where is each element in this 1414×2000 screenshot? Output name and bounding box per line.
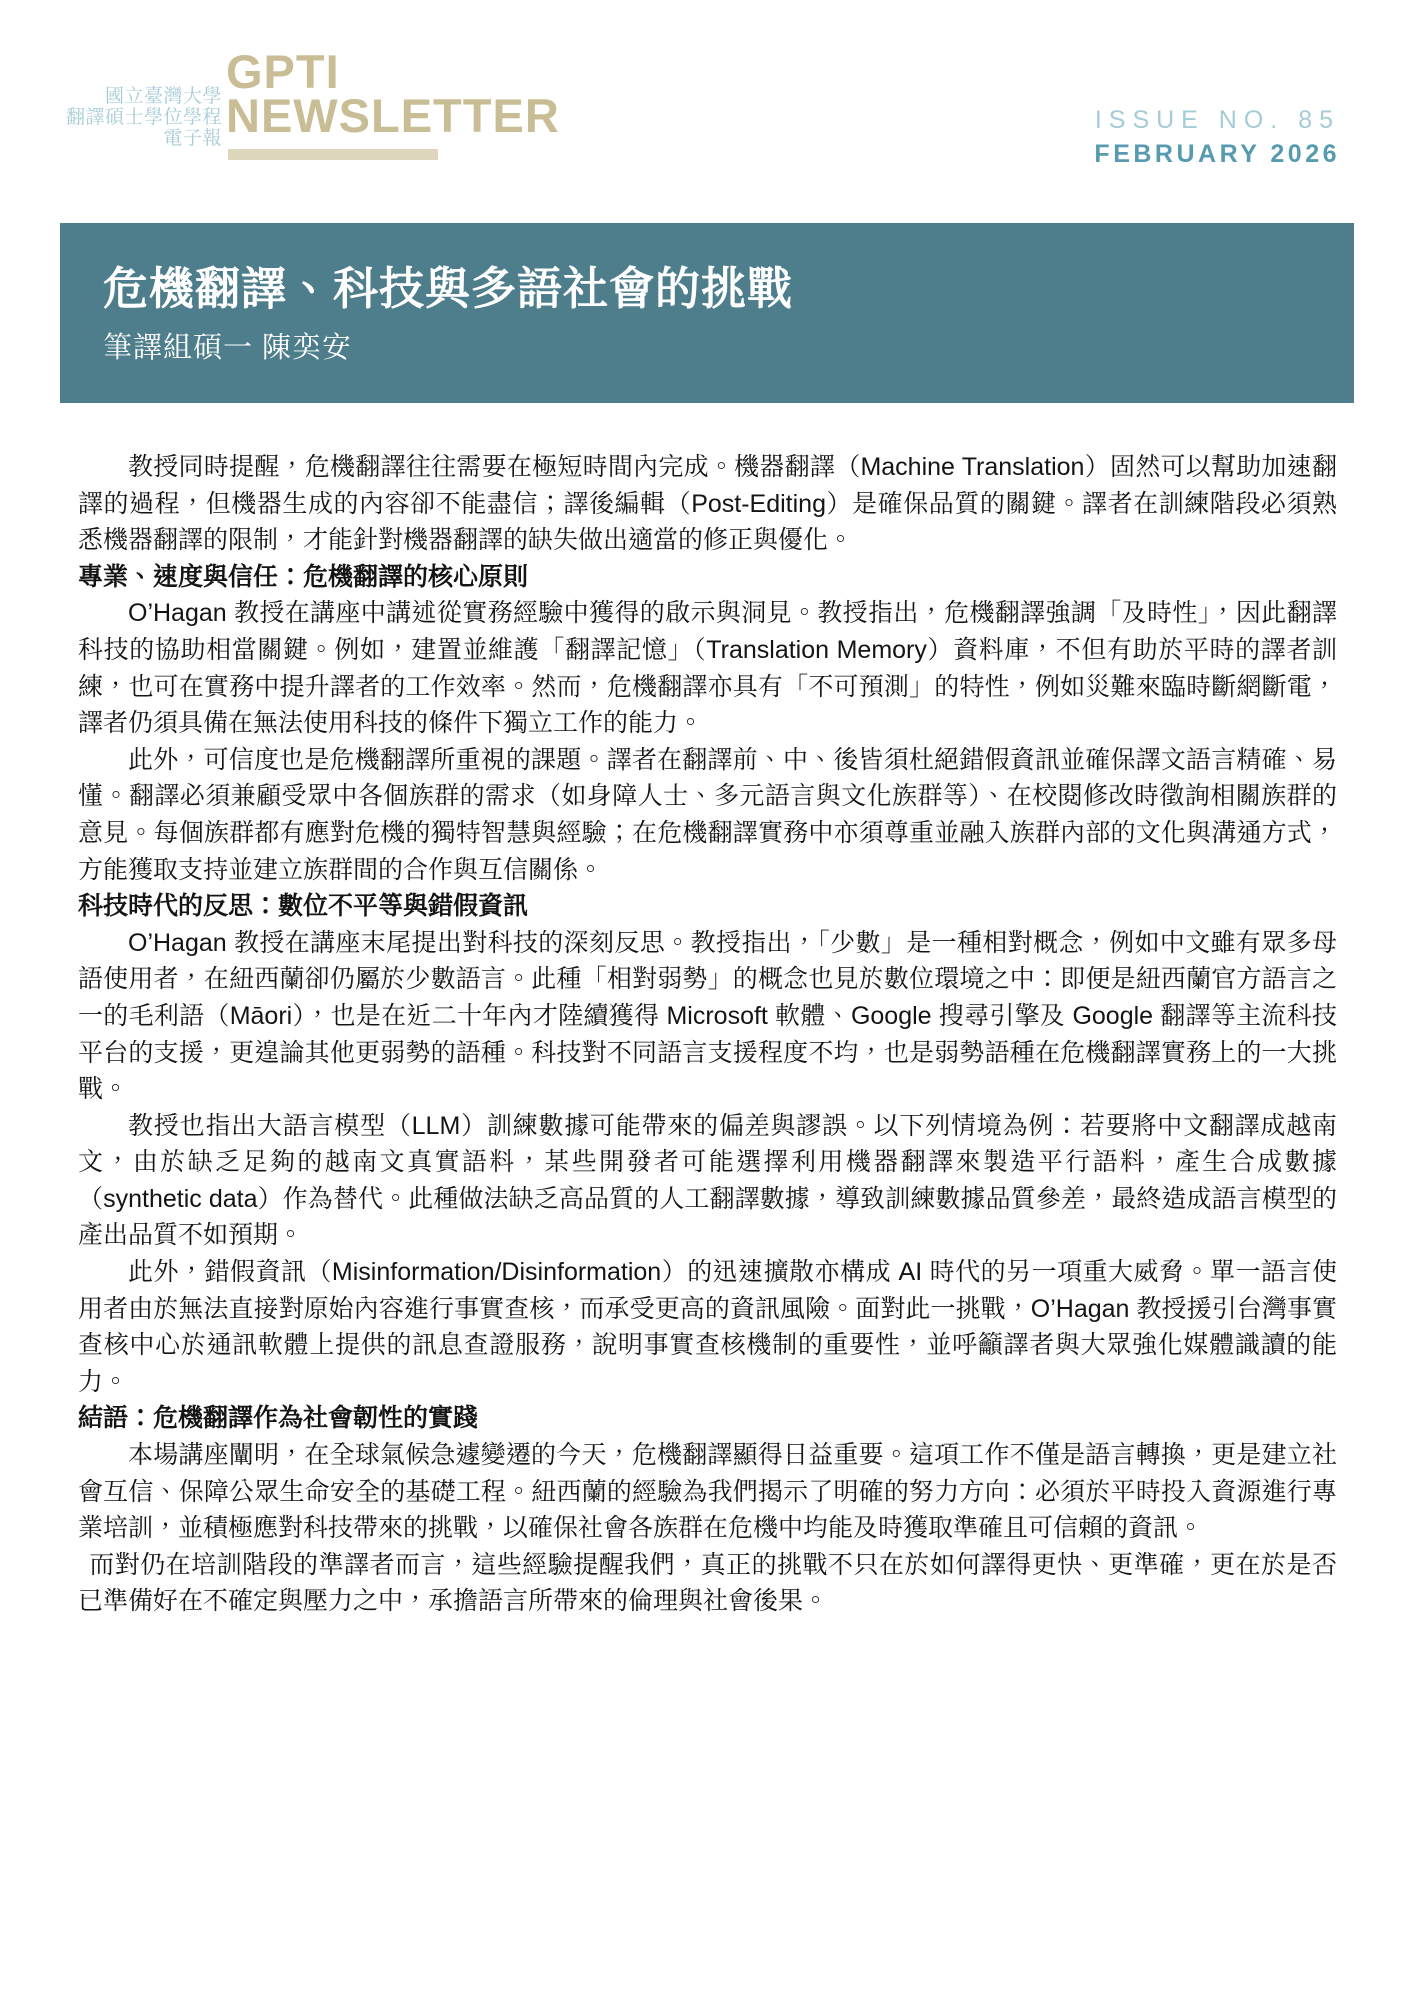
paragraph: 教授也指出大語言模型（LLM）訓練數據可能帶來的偏差與謬誤。以下列情境為例：若要… (78, 1108, 1337, 1254)
section-heading: 結語：危機翻譯作為社會韌性的實踐 (78, 1400, 1337, 1437)
article-author: 筆譯組碩一 陳奕安 (103, 325, 1354, 366)
paragraph: 本場講座闡明，在全球氣候急遽變遷的今天，危機翻譯顯得日益重要。這項工作不僅是語言… (78, 1437, 1337, 1547)
paragraph: 教授同時提醒，危機翻譯往往需要在極短時間內完成。機器翻譯（Machine Tra… (78, 449, 1337, 559)
paragraph: O’Hagan 教授在講座中講述從實務經驗中獲得的啟示與洞見。教授指出，危機翻譯… (78, 595, 1337, 741)
issue-number: ISSUE NO. 85 (1094, 106, 1340, 135)
title-banner: 危機翻譯、科技與多語社會的挑戰 筆譯組碩一 陳奕安 (60, 223, 1354, 403)
article-title: 危機翻譯、科技與多語社會的挑戰 (103, 263, 1354, 315)
section-heading: 專業、速度與信任：危機翻譯的核心原則 (78, 559, 1337, 596)
org-line-1: 國立臺灣大學 (40, 86, 222, 107)
issue-date: FEBRUARY 2026 (1094, 140, 1340, 169)
paragraph: 而對仍在培訓階段的準譯者而言，這些經驗提醒我們，真正的挑戰不只在於如何譯得更快、… (78, 1547, 1337, 1620)
article-body: 教授同時提醒，危機翻譯往往需要在極短時間內完成。機器翻譯（Machine Tra… (78, 449, 1337, 1620)
logo-underline-bar (228, 149, 438, 160)
paragraph: O’Hagan 教授在講座末尾提出對科技的深刻反思。教授指出，「少數」是一種相對… (78, 925, 1337, 1108)
org-line-3: 電子報 (40, 128, 222, 149)
org-name: 國立臺灣大學 翻譯碩士學位學程 電子報 (40, 86, 222, 149)
section-heading: 科技時代的反思：數位不平等與錯假資訊 (78, 888, 1337, 925)
logo-line-gpti: GPTI (226, 50, 560, 94)
newsletter-logo: GPTI NEWSLETTER (226, 50, 560, 138)
issue-info: ISSUE NO. 85 FEBRUARY 2026 (1094, 106, 1340, 169)
paragraph: 此外，錯假資訊（Misinformation/Disinformation）的迅… (78, 1254, 1337, 1400)
paragraph: 此外，可信度也是危機翻譯所重視的課題。譯者在翻譯前、中、後皆須杜絕錯假資訊並確保… (78, 742, 1337, 888)
logo-line-newsletter: NEWSLETTER (226, 94, 560, 138)
newsletter-page: 國立臺灣大學 翻譯碩士學位學程 電子報 GPTI NEWSLETTER ISSU… (0, 0, 1414, 2000)
org-line-2: 翻譯碩士學位學程 (40, 107, 222, 128)
